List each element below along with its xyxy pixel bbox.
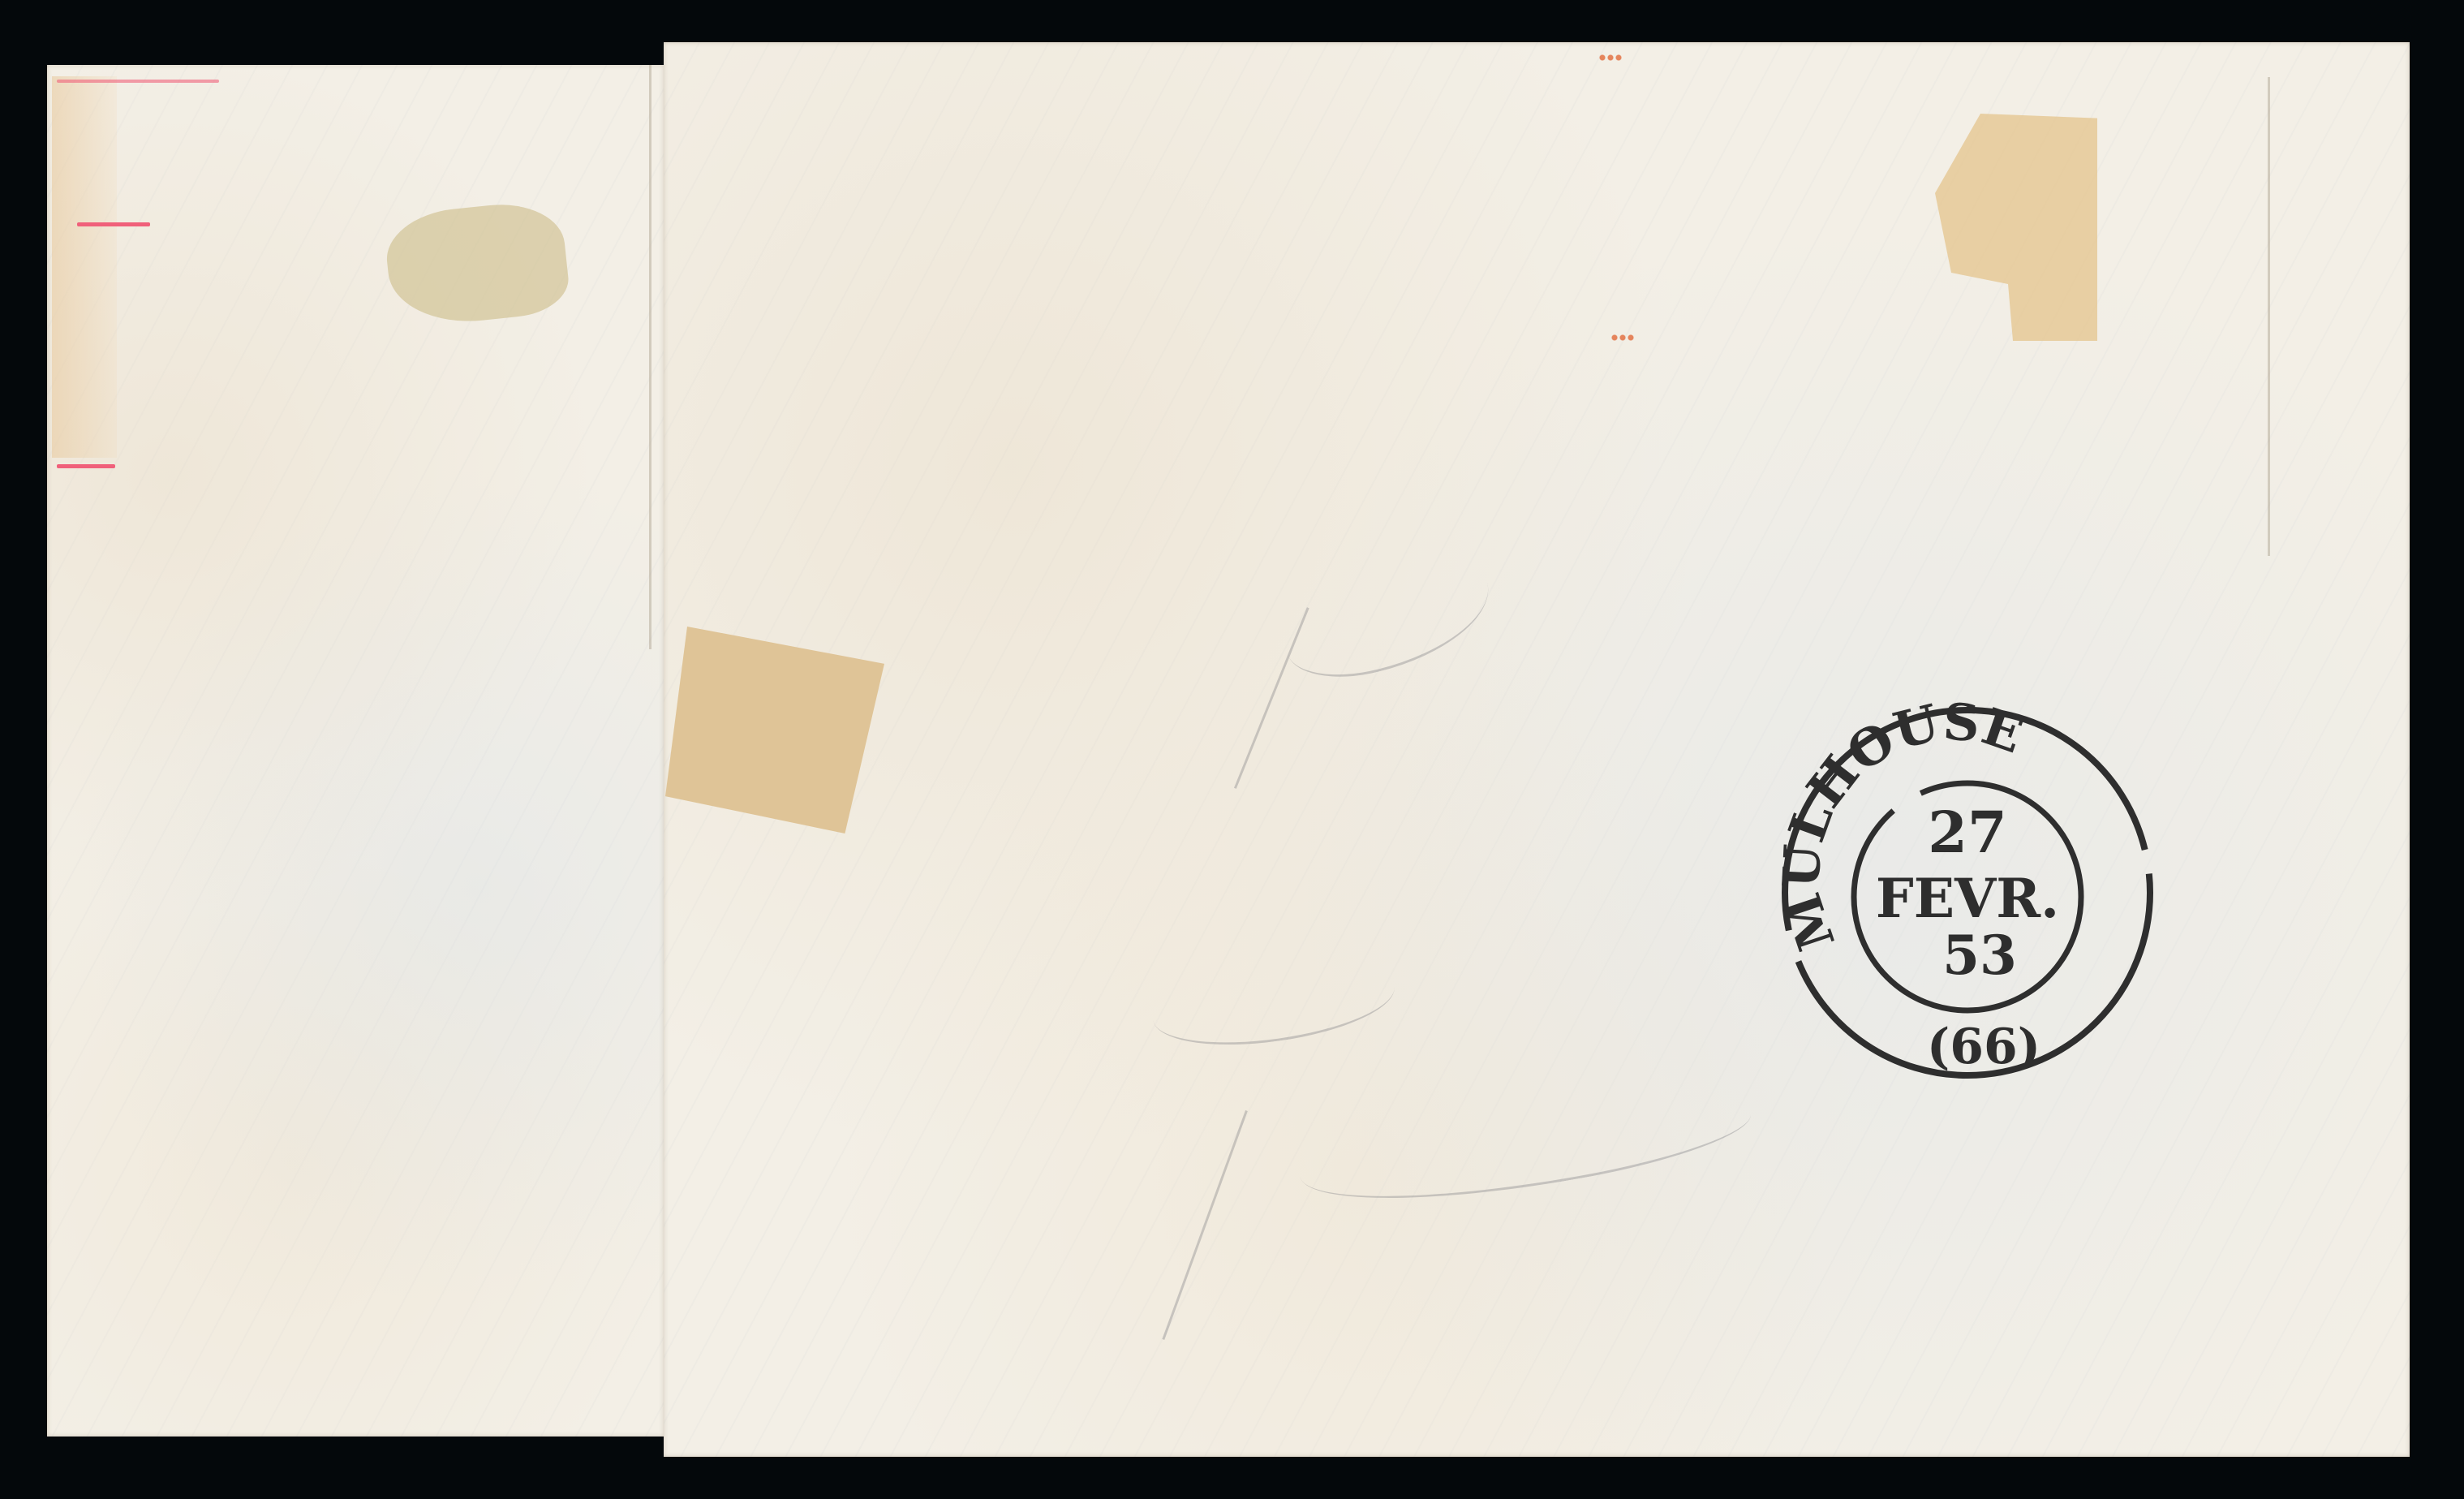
- letter-back-leaf: [47, 65, 664, 1437]
- postmark-day: 27: [1928, 799, 2006, 866]
- postmark-department: (66): [1927, 1019, 2040, 1075]
- ink-speck: [1610, 333, 1635, 342]
- postmark-year: 53: [1942, 924, 2017, 987]
- toning-stain: [52, 76, 117, 458]
- mulhouse-datestamp: MULHOUSE 27 FEVR. 53 (66): [1761, 698, 2174, 1088]
- pink-mark-bottom: [57, 464, 115, 468]
- pink-mark-top: [57, 80, 219, 83]
- pink-mark-middle: [77, 222, 150, 226]
- fold-line: [2268, 77, 2270, 556]
- ink-speck: [1598, 53, 1623, 62]
- hinge-remnant: [665, 627, 884, 833]
- fold-line: [649, 65, 651, 649]
- postmark-month: FEVR.: [1876, 867, 2059, 930]
- postmark-svg: MULHOUSE 27 FEVR. 53 (66): [1761, 698, 2174, 1088]
